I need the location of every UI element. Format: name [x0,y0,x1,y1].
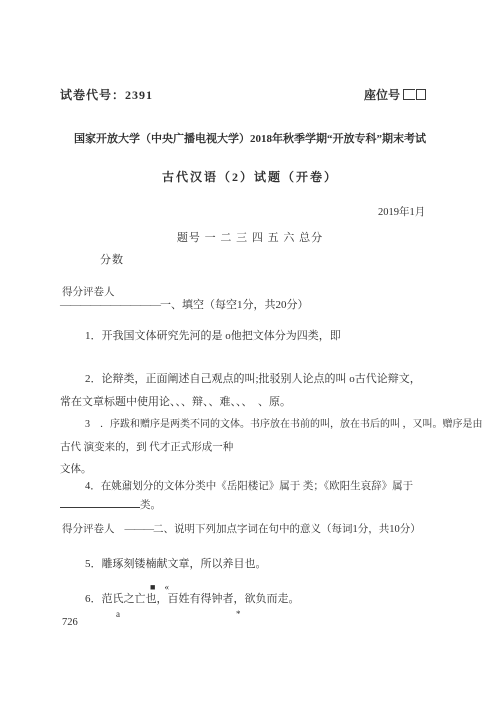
question-3-line3: 文体。 [60,463,92,476]
blank-underline [60,497,140,508]
exam-title: 国家开放大学（中央广播电视大学）2018年秋季学期“开放专科”期末考试 [0,133,500,147]
question-3-line1: 3 ．序跋和赠序是两类不同的文体。书序放在书前的叫，放在书后的叫 ，又叫。赠序是… [85,419,483,432]
seat-number-box-1 [403,89,415,100]
section1-heading-row: ——————————一、填空（每空1分，共20分） [60,299,309,313]
exam-date: 2019年1月 [378,206,425,219]
question-3-line2: 古代 演变来的，到 代才正式形成一种 [60,441,233,454]
question-2-line1: 2．论辩类，正面阐述自己观点的叫;批驳别人论点的叫 o古代论辩文， [85,373,421,387]
question-4-line2: 类。 [60,497,161,512]
question-1: 1．开我国文体研究先河的是 o他把文体分为四类，即 [85,330,341,344]
paper-code: 试卷代号：2391 [60,88,153,103]
question-4-line2-suffix: 类。 [140,500,161,511]
section1-dash-rule: —————————— [60,299,160,311]
emphasis-square-mark: ■ [150,582,155,592]
page-number: 726 [62,616,78,629]
score-table-header-row: 题号 一 二 三 四 五 六 总分 [0,232,500,246]
seat-number-label: 座位号 [364,88,400,102]
section2-heading-row: 得分评卷人———二、说明下列加点字词在句中的意义（每词1分，共10分） [62,523,421,536]
seat-number-box-2 [416,89,426,100]
section1-title: 一、填空（每空1分，共20分） [160,299,309,311]
exam-paper-page: 试卷代号：2391 座位号 国家开放大学（中央广播电视大学）2018年秋季学期“… [0,0,500,707]
question-5: 5．雕琢刻镂楠献文章，所以养目也。 [85,558,267,572]
subject-title: 古代汉语（2）试题（开卷） [0,170,500,185]
question-6-emphasis-mark-a: a [116,609,120,620]
seat-number-group: 座位号 [364,88,426,103]
section2-title: 二、说明下列加点字词在句中的意义（每词1分，共10分） [153,524,421,535]
question-2-line2: 常在文章标题中使用论、、、辩、、难、、、 、原。 [60,396,291,410]
question-6-emphasis-mark-star: * [236,609,241,620]
score-label: 分数 [100,254,124,268]
section2-dash-rule: ——— [125,524,154,535]
question-6: 6．范氏之亡也，百姓有得钟者，欲负而走。 [85,593,300,607]
emphasis-quote-mark: « [164,582,169,592]
section2-grader-label: 得分评卷人 [62,524,115,535]
section1-grader-label: 得分评卷人 [62,286,115,299]
question-4-line1: 4．在姚鼐划分的文体分类中《岳阳楼记》属于 类；《欧阳生哀辞》属于 [85,480,413,493]
